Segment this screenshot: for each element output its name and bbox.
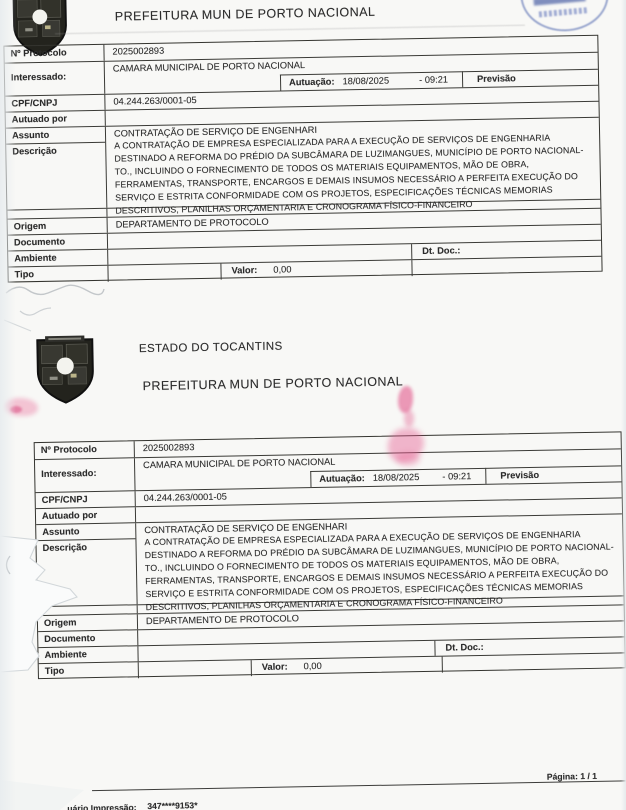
label-assunto: Assunto (6, 127, 105, 145)
header-prefeitura-copy2: PREFEITURA MUN DE PORTO NACIONAL (142, 374, 403, 393)
value-valor: 0,00 (304, 661, 322, 675)
interessado-spacer (105, 75, 280, 94)
coat-of-arms-icon (25, 334, 106, 407)
label-cpf-cnpj: CPF/CNPJ (36, 491, 136, 508)
label-valor: Valor: (262, 662, 288, 676)
tipo-spacer (139, 660, 251, 678)
label-descricao: Descrição (6, 143, 106, 210)
tipo-rest-cell (411, 257, 601, 276)
value-autuacao-data: 18/08/2025 (342, 76, 389, 90)
label-autuado-por: Autuado por (36, 507, 136, 524)
cell-valor: Valor: 0,00 (220, 260, 411, 279)
label-ambiente: Ambiente (8, 250, 108, 267)
row-assunto-descricao: Assunto Descrição CONTRATAÇÃO DE SERVIÇO… (36, 514, 623, 607)
header-estado: ESTADO DO TOCANTINS (139, 341, 283, 356)
cell-autuacao: Autuação: 18/08/2025 - 09:21 (310, 468, 485, 487)
value-autuacao-hora: - 09:21 (442, 471, 471, 485)
value-valor: 0,00 (273, 264, 291, 278)
footer-print-user-label: uário Impressão: (67, 802, 136, 810)
label-descricao: Descrição (36, 539, 136, 606)
label-documento: Documento (38, 630, 138, 647)
label-tipo: Tipo (8, 266, 108, 284)
label-previsao: Previsão (485, 465, 621, 483)
interessado-spacer (135, 471, 310, 490)
header-prefeitura-copy1: PREFEITURA MUN DE PORTO NACIONAL (115, 5, 376, 24)
protocol-table-copy2: Nº Protocolo 2025002893 Interessado: CAM… (34, 431, 626, 679)
footer-page-number: Página: 1 / 1 (547, 771, 597, 782)
label-autuado-por: Autuado por (6, 111, 106, 128)
value-autuacao-data: 18/08/2025 (373, 472, 420, 486)
tipo-spacer (108, 264, 220, 282)
footer-print-user-value: 347****9153* (147, 800, 197, 810)
label-origem: Origem (8, 218, 108, 235)
label-interessado: Interessado: (35, 458, 136, 492)
row-assunto-descricao: Assunto Descrição CONTRATAÇÃO DE SERVIÇO… (6, 118, 600, 211)
label-autuacao: Autuação: (289, 77, 335, 91)
cell-valor: Valor: 0,00 (251, 657, 442, 676)
footer-divider (92, 780, 626, 791)
label-assunto: Assunto (36, 523, 135, 541)
cell-autuacao: Autuação: 18/08/2025 - 09:21 (280, 71, 462, 90)
label-origem: Origem (38, 614, 138, 631)
value-autuacao-hora: - 09:21 (419, 74, 448, 88)
label-protocolo: Nº Protocolo (4, 45, 104, 63)
protocol-table-copy1: Nº Protocolo 2025002893 Interessado: CAM… (3, 35, 602, 283)
label-documento: Documento (8, 234, 108, 251)
label-previsao: Previsão (462, 69, 598, 87)
label-cpf-cnpj: CPF/CNPJ (5, 95, 105, 112)
scanned-sheet: PREFEITURA MUN DE PORTO NACIONAL Nº Prot… (0, 0, 626, 810)
tipo-rest-cell (442, 653, 625, 672)
label-valor: Valor: (231, 265, 257, 279)
label-protocolo: Nº Protocolo (35, 441, 135, 459)
label-interessado: Interessado: (5, 62, 106, 96)
label-tipo: Tipo (39, 662, 139, 680)
label-autuacao: Autuação: (319, 473, 365, 487)
label-ambiente: Ambiente (38, 646, 138, 663)
